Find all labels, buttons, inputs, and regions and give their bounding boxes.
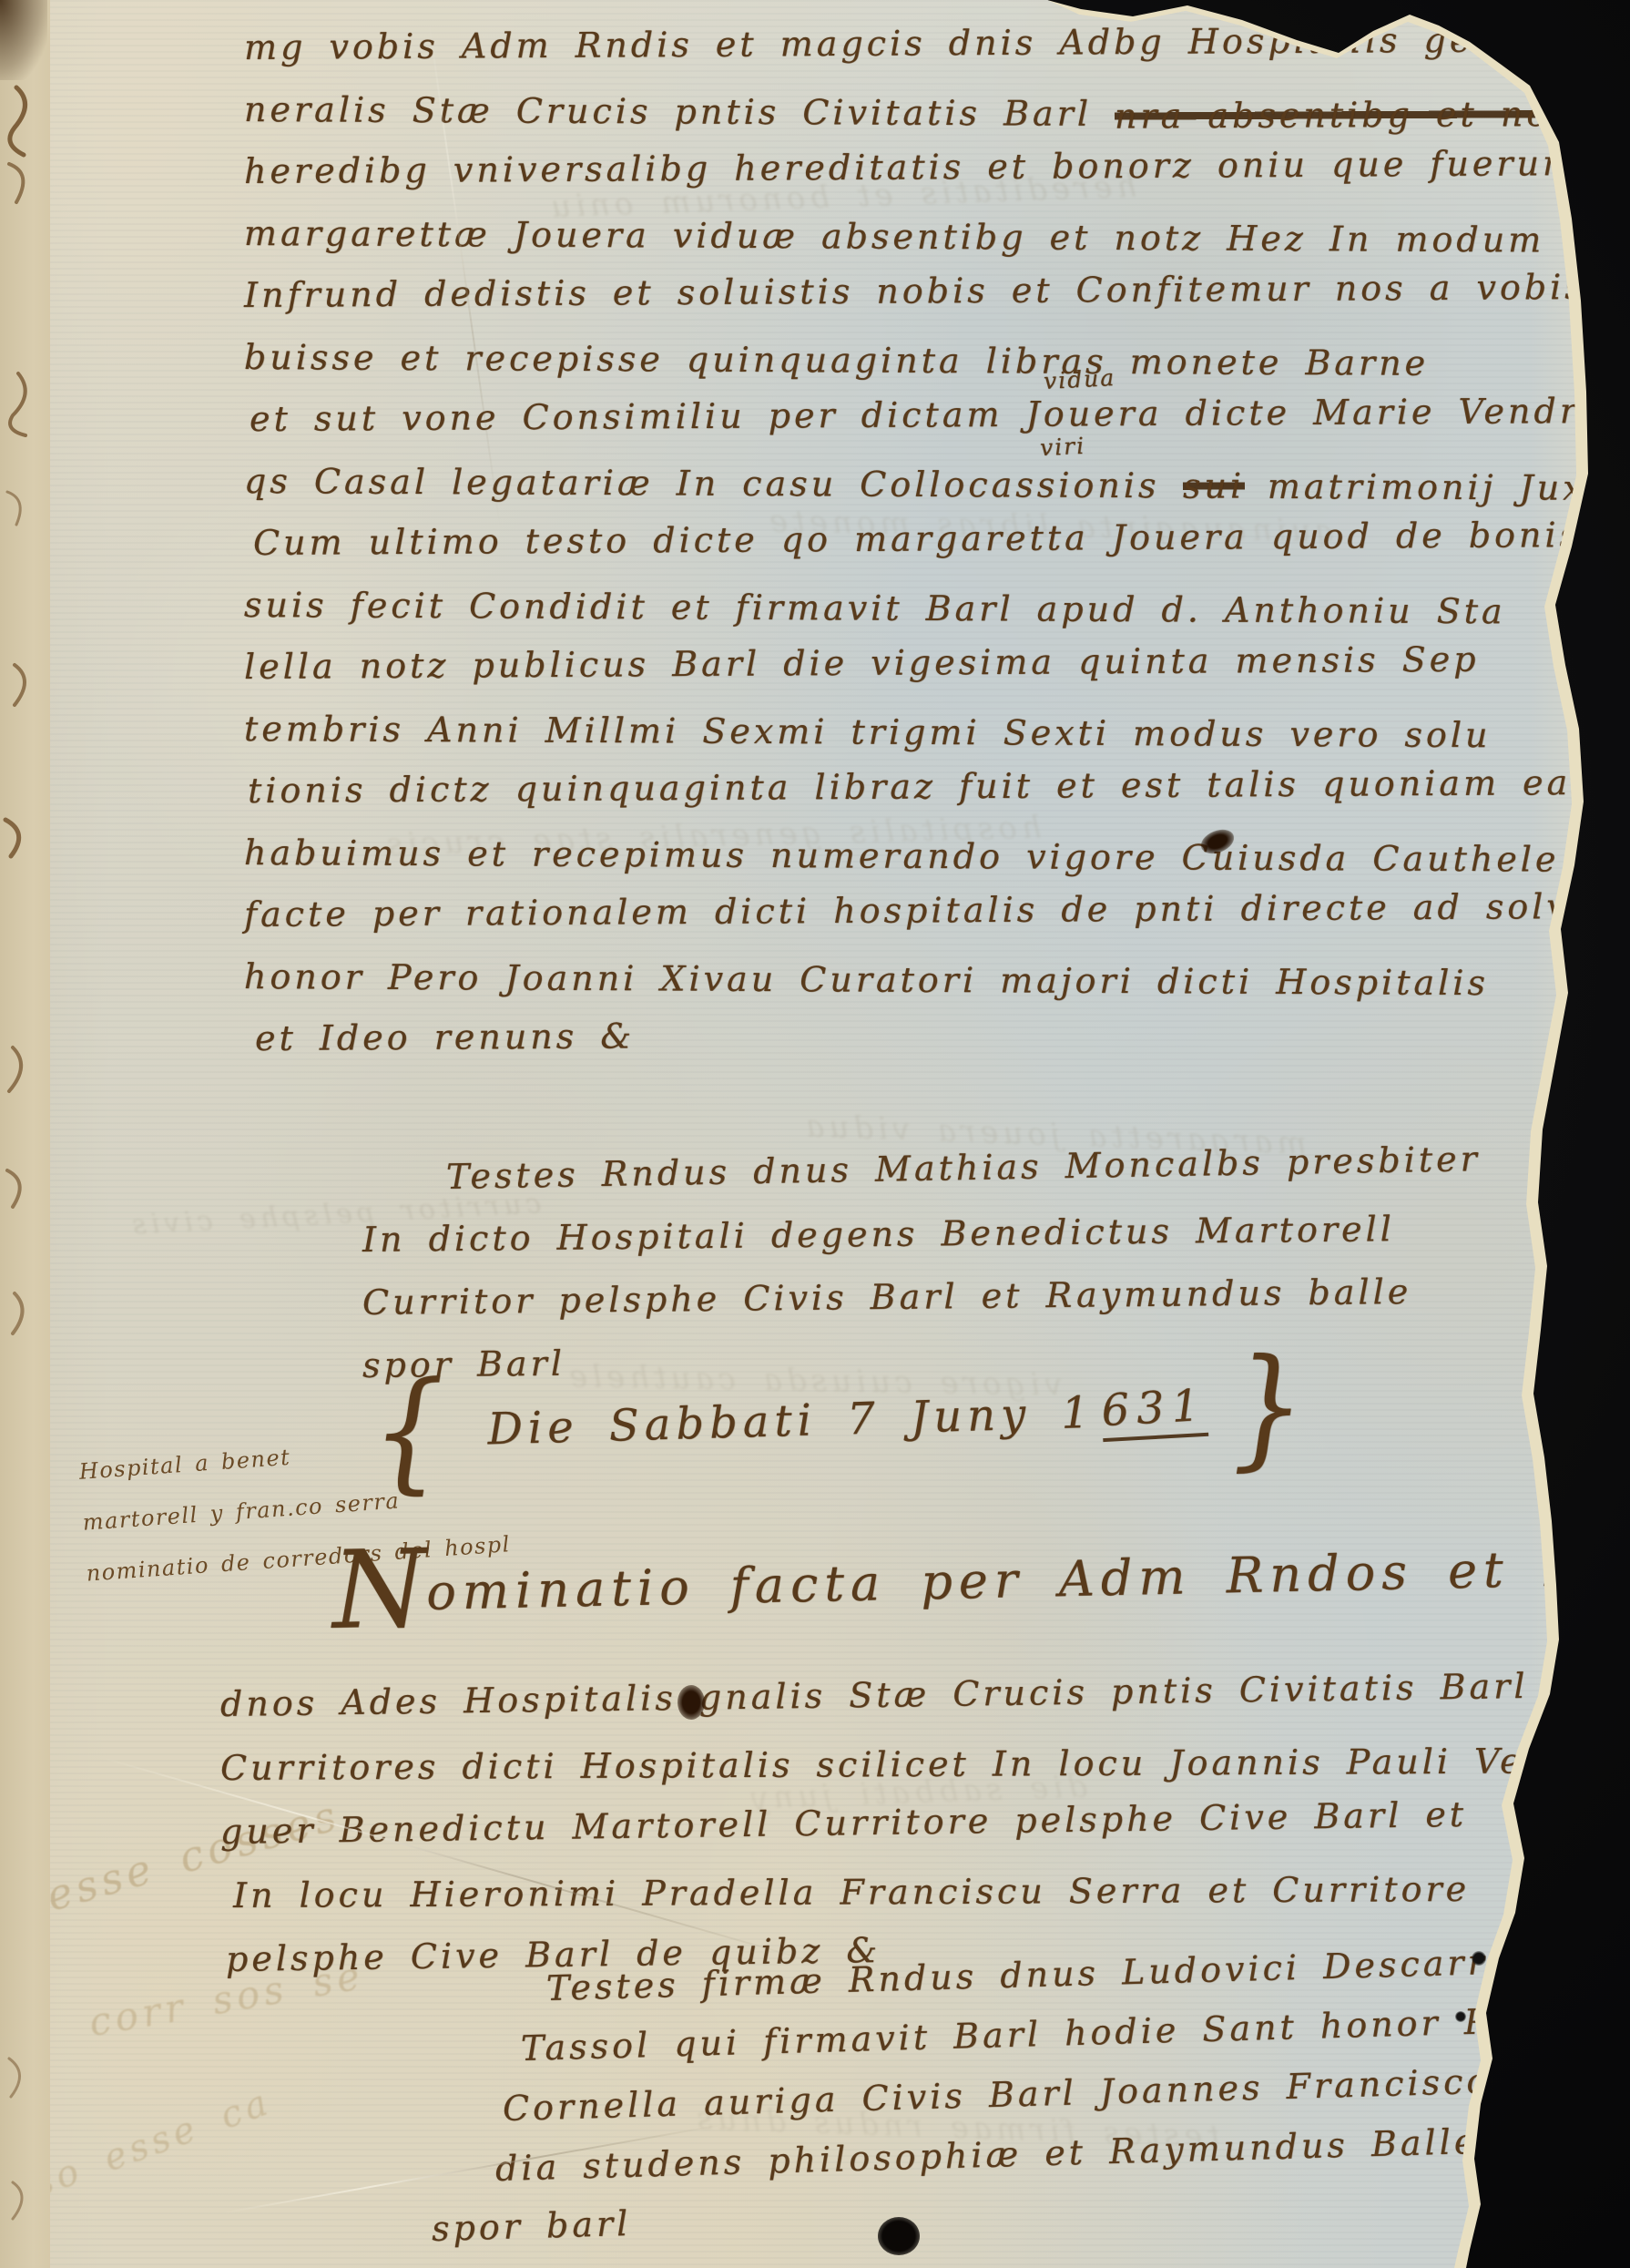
photograph-background: hereditatis et bonorum oniu quinquaginta…	[0, 0, 1630, 2268]
line-text: qs Casal legatariæ In casu Collocassioni…	[244, 461, 1183, 506]
witness-clause-2: Testes firmæ Rndus dnus Ludovici Descarr…	[393, 1958, 1590, 2259]
line-text: neralis Stæ Crucis pntis Civitatis Barl	[244, 89, 1115, 134]
date-text: Die Sabbati 7 Juny 1	[487, 1387, 1095, 1456]
manuscript-line: Testes Rndus dnus Mathias Moncalbs presb…	[445, 1128, 1481, 1209]
manuscript-line: facte per rationalem dicti hospitalis de…	[244, 874, 1630, 945]
interlinear-correction: vidua	[1043, 364, 1116, 394]
manuscript-line: Curritor pelsphe Civis Barl et Raymundus…	[362, 1260, 1482, 1334]
ink-speck	[1472, 1951, 1486, 1966]
section-heading: Nominatio facta per Adm Rndos et Magcos	[331, 1533, 1630, 1623]
date-year-underlined: 631	[1100, 1380, 1208, 1442]
line-text: matrimonij Juxt	[1245, 466, 1604, 508]
witness-clause: Testes Rndus dnus Mathias Moncalbs presb…	[362, 1146, 1481, 1397]
ink-speck	[1455, 2011, 1466, 2022]
struck-text: Dnæ	[1608, 131, 1630, 195]
manuscript-line: et sut vone Consimiliu per dictam Jouera…	[250, 379, 1630, 450]
heading-text: ominatio facta per Adm Rndos et Magcos	[426, 1536, 1630, 1621]
manuscript-line: tionis dictz quinquaginta libraz fuit et…	[248, 751, 1630, 822]
manuscript-line: lella notz publicus Barl die vigesima qu…	[244, 627, 1630, 698]
ink-blot	[677, 1685, 705, 1720]
ink-blot	[878, 2217, 920, 2255]
main-paragraph: mg vobis Adm Rndis et magcis dnis Adbg H…	[244, 16, 1630, 1069]
interlinear-correction: viri	[1039, 433, 1086, 462]
manuscript-line: In dicto Hospitali degens Benedictus Mar…	[362, 1197, 1482, 1272]
decorated-initial: N	[331, 1526, 427, 1653]
manuscript-line: Cum ultimo testo dicte qo margaretta Jou…	[253, 503, 1630, 574]
manuscript-line: dnos Ades Hospitalis gnalis Stæ Crucis p…	[220, 1653, 1595, 1736]
manuscript-page: hereditatis et bonorum oniu quinquaginta…	[0, 0, 1630, 2268]
manuscript-line: Infrund dedistis et soluistis nobis et C…	[244, 255, 1630, 326]
closing-brace-flourish: }	[1229, 1361, 1306, 1455]
manuscript-line: et Ideo renuns &	[255, 998, 1630, 1069]
manuscript-line: mg vobis Adm Rndis et magcis dnis Adbg H…	[244, 7, 1630, 78]
bleedthrough-text: so esse ca	[27, 2080, 277, 2205]
